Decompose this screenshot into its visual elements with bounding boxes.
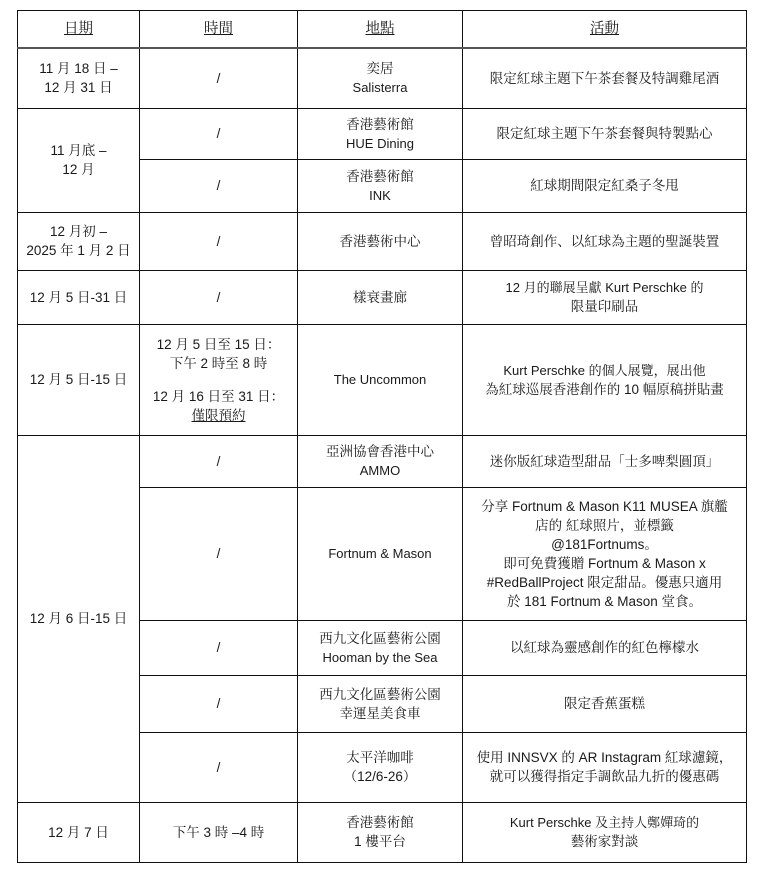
venue-cell: The Uncommon [298, 324, 463, 435]
table-row: 12 月初 –2025 年 1 月 2 日 / 香港藝術中心 曾昭琦創作、以紅球… [18, 212, 747, 270]
events-table: 日期 時間 地點 活動 11 月 18 日 –12 月 31 日 / 奕居Sal… [17, 10, 747, 863]
date-cell: 11 月底 –12 月 [18, 108, 140, 212]
time-cell: / [140, 732, 298, 802]
venue-cell: 香港藝術館HUE Dining [298, 108, 463, 159]
date-cell: 12 月 6 日-15 日 [18, 435, 140, 802]
activity-cell: 迷你版紅球造型甜品「士多啤梨圓頂」 [463, 435, 747, 487]
activity-cell: 12 月的聯展呈獻 Kurt Perschke 的限量印刷品 [463, 270, 747, 324]
date-cell: 12 月 7 日 [18, 802, 140, 862]
activity-cell: 紅球期間限定紅桑子冬甩 [463, 159, 747, 212]
header-venue: 地點 [298, 11, 463, 49]
time-cell: / [140, 48, 298, 108]
activity-cell: Kurt Perschke 及主持人鄭嬋琦的藝術家對談 [463, 802, 747, 862]
venue-cell: 西九文化區藝術公園幸運星美食車 [298, 675, 463, 732]
activity-cell: 分享 Fortnum & Mason K11 MUSEA 旗艦 店的 紅球照片，… [463, 487, 747, 620]
table-row: 12 月 5 日-15 日 12 月 5 日至 15 日： 下午 2 時至 8 … [18, 324, 747, 435]
date-cell: 12 月初 –2025 年 1 月 2 日 [18, 212, 140, 270]
venue-cell: 香港藝術館INK [298, 159, 463, 212]
activity-cell: 限定紅球主題下午茶套餐與特製點心 [463, 108, 747, 159]
table-row: 12 月 6 日-15 日 / 亞洲協會香港中心AMMO 迷你版紅球造型甜品「士… [18, 435, 747, 487]
venue-cell: 亞洲協會香港中心AMMO [298, 435, 463, 487]
venue-cell: 太平洋咖啡（12/6-26） [298, 732, 463, 802]
activity-cell: 使用 INNSVX 的 AR Instagram 紅球濾鏡，就可以獲得指定手調飲… [463, 732, 747, 802]
date-cell: 12 月 5 日-31 日 [18, 270, 140, 324]
table-row: 12 月 7 日 下午 3 時 –4 時 香港藝術館1 樓平台 Kurt Per… [18, 802, 747, 862]
time-cell: / [140, 620, 298, 675]
table-row: 11 月底 –12 月 / 香港藝術館HUE Dining 限定紅球主題下午茶套… [18, 108, 747, 159]
time-cell: 下午 3 時 –4 時 [140, 802, 298, 862]
time-cell: / [140, 108, 298, 159]
date-cell: 12 月 5 日-15 日 [18, 324, 140, 435]
date-cell: 11 月 18 日 –12 月 31 日 [18, 48, 140, 108]
time-cell: / [140, 159, 298, 212]
table-header-row: 日期 時間 地點 活動 [18, 11, 747, 49]
header-time: 時間 [140, 11, 298, 49]
time-cell: / [140, 675, 298, 732]
activity-cell: 限定紅球主題下午茶套餐及特調雞尾酒 [463, 48, 747, 108]
time-cell: 12 月 5 日至 15 日： 下午 2 時至 8 時 12 月 16 日至 3… [140, 324, 298, 435]
venue-cell: 香港藝術館1 樓平台 [298, 802, 463, 862]
time-cell: / [140, 212, 298, 270]
header-activity: 活動 [463, 11, 747, 49]
activity-cell: 曾昭琦創作、以紅球為主題的聖誕裝置 [463, 212, 747, 270]
table-row: 11 月 18 日 –12 月 31 日 / 奕居Salisterra 限定紅球… [18, 48, 747, 108]
table-row: 12 月 5 日-31 日 / 樣衰畫廊 12 月的聯展呈獻 Kurt Pers… [18, 270, 747, 324]
time-cell: / [140, 487, 298, 620]
activity-cell: 限定香蕉蛋糕 [463, 675, 747, 732]
activity-cell: Kurt Perschke 的個人展覽，展出他為紅球巡展香港創作的 10 幅原稿… [463, 324, 747, 435]
header-date: 日期 [18, 11, 140, 49]
time-cell: / [140, 435, 298, 487]
activity-cell: 以紅球為靈感創作的紅色檸檬水 [463, 620, 747, 675]
venue-cell: 樣衰畫廊 [298, 270, 463, 324]
venue-cell: Fortnum & Mason [298, 487, 463, 620]
venue-cell: 奕居Salisterra [298, 48, 463, 108]
time-cell: / [140, 270, 298, 324]
venue-cell: 香港藝術中心 [298, 212, 463, 270]
venue-cell: 西九文化區藝術公園Hooman by the Sea [298, 620, 463, 675]
appointment-only-note: 僅限預約 [144, 406, 293, 425]
